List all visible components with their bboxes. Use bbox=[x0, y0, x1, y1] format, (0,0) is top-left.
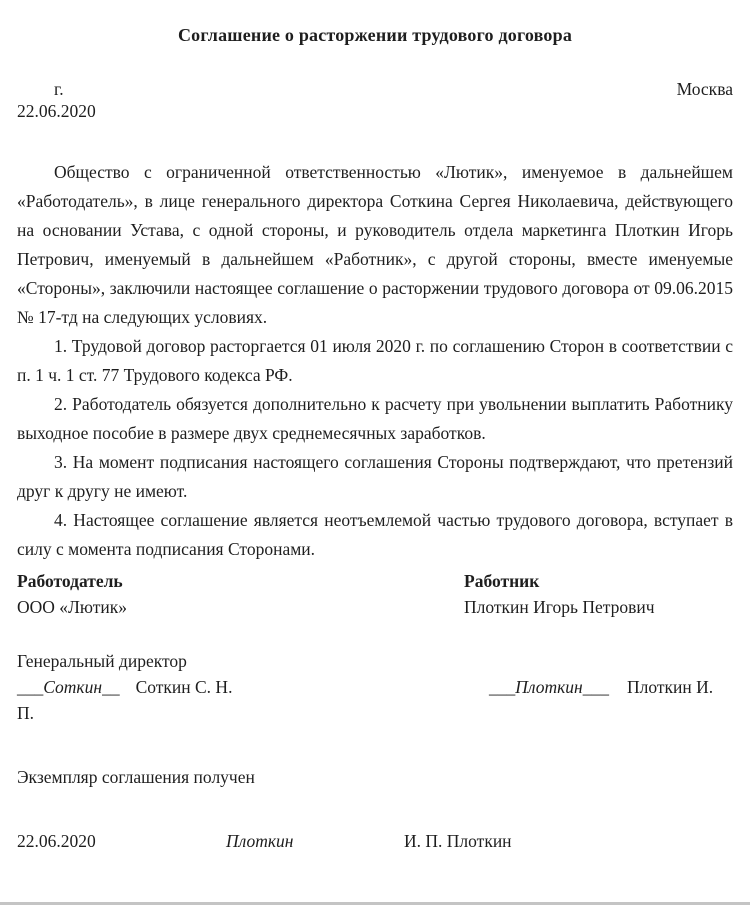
city-name: Москва bbox=[677, 78, 733, 100]
employer-signature-line-pre: ___ bbox=[17, 677, 43, 697]
clause-4: 4. Настоящее соглашение является неотъем… bbox=[17, 506, 733, 564]
receipt-row: 22.06.2020 Плоткин И. П. Плоткин bbox=[17, 828, 733, 854]
clause-2: 2. Работодатель обязуется дополнительно … bbox=[17, 390, 733, 448]
city-prefix: г. bbox=[17, 78, 64, 100]
signature-names: ООО «Лютик» Плоткин Игорь Петрович bbox=[17, 594, 733, 620]
signature-row: ___Соткин__Соткин С. Н. ___Плоткин___Пло… bbox=[17, 674, 733, 700]
document-page: Соглашение о расторжении трудового догов… bbox=[0, 0, 750, 905]
employee-signature-line-post: ___ bbox=[583, 677, 609, 697]
employer-signature: Соткин bbox=[43, 677, 102, 697]
receipt-date: 22.06.2020 bbox=[17, 828, 226, 854]
employee-printed-name: Плоткин И. bbox=[627, 677, 713, 697]
clause-3: 3. На момент подписания настоящего согла… bbox=[17, 448, 733, 506]
clause-1: 1. Трудовой договор расторгается 01 июля… bbox=[17, 332, 733, 390]
employee-signature: Плоткин bbox=[515, 677, 583, 697]
employer-role-label: Работодатель bbox=[17, 568, 464, 594]
employer-signature-block: ___Соткин__Соткин С. Н. bbox=[17, 674, 464, 700]
employer-printed-name: Соткин С. Н. bbox=[136, 677, 233, 697]
receipt-printed-name: И. П. Плоткин bbox=[404, 828, 512, 854]
signature-headers: Работодатель Работник bbox=[17, 568, 733, 594]
employer-org: ООО «Лютик» bbox=[17, 594, 464, 620]
document-date: 22.06.2020 bbox=[17, 100, 733, 122]
intro-paragraph: Общество с ограниченной ответственностью… bbox=[17, 158, 733, 332]
place-line: г. Москва bbox=[17, 78, 733, 100]
employee-printed-name-wrapped: П. bbox=[17, 700, 733, 726]
employer-signature-line-post: __ bbox=[102, 677, 120, 697]
employee-signature-block: ___Плоткин___Плоткин И. bbox=[464, 674, 733, 700]
receipt-signature: Плоткин bbox=[226, 828, 404, 854]
receipt-label: Экземпляр соглашения получен bbox=[17, 764, 733, 790]
employee-full-name: Плоткин Игорь Петрович bbox=[464, 594, 733, 620]
employee-role-label: Работник bbox=[464, 568, 733, 594]
employee-signature-line-pre: ___ bbox=[489, 677, 515, 697]
employer-position: Генеральный директор bbox=[17, 648, 733, 674]
document-title: Соглашение о расторжении трудового догов… bbox=[17, 24, 733, 46]
